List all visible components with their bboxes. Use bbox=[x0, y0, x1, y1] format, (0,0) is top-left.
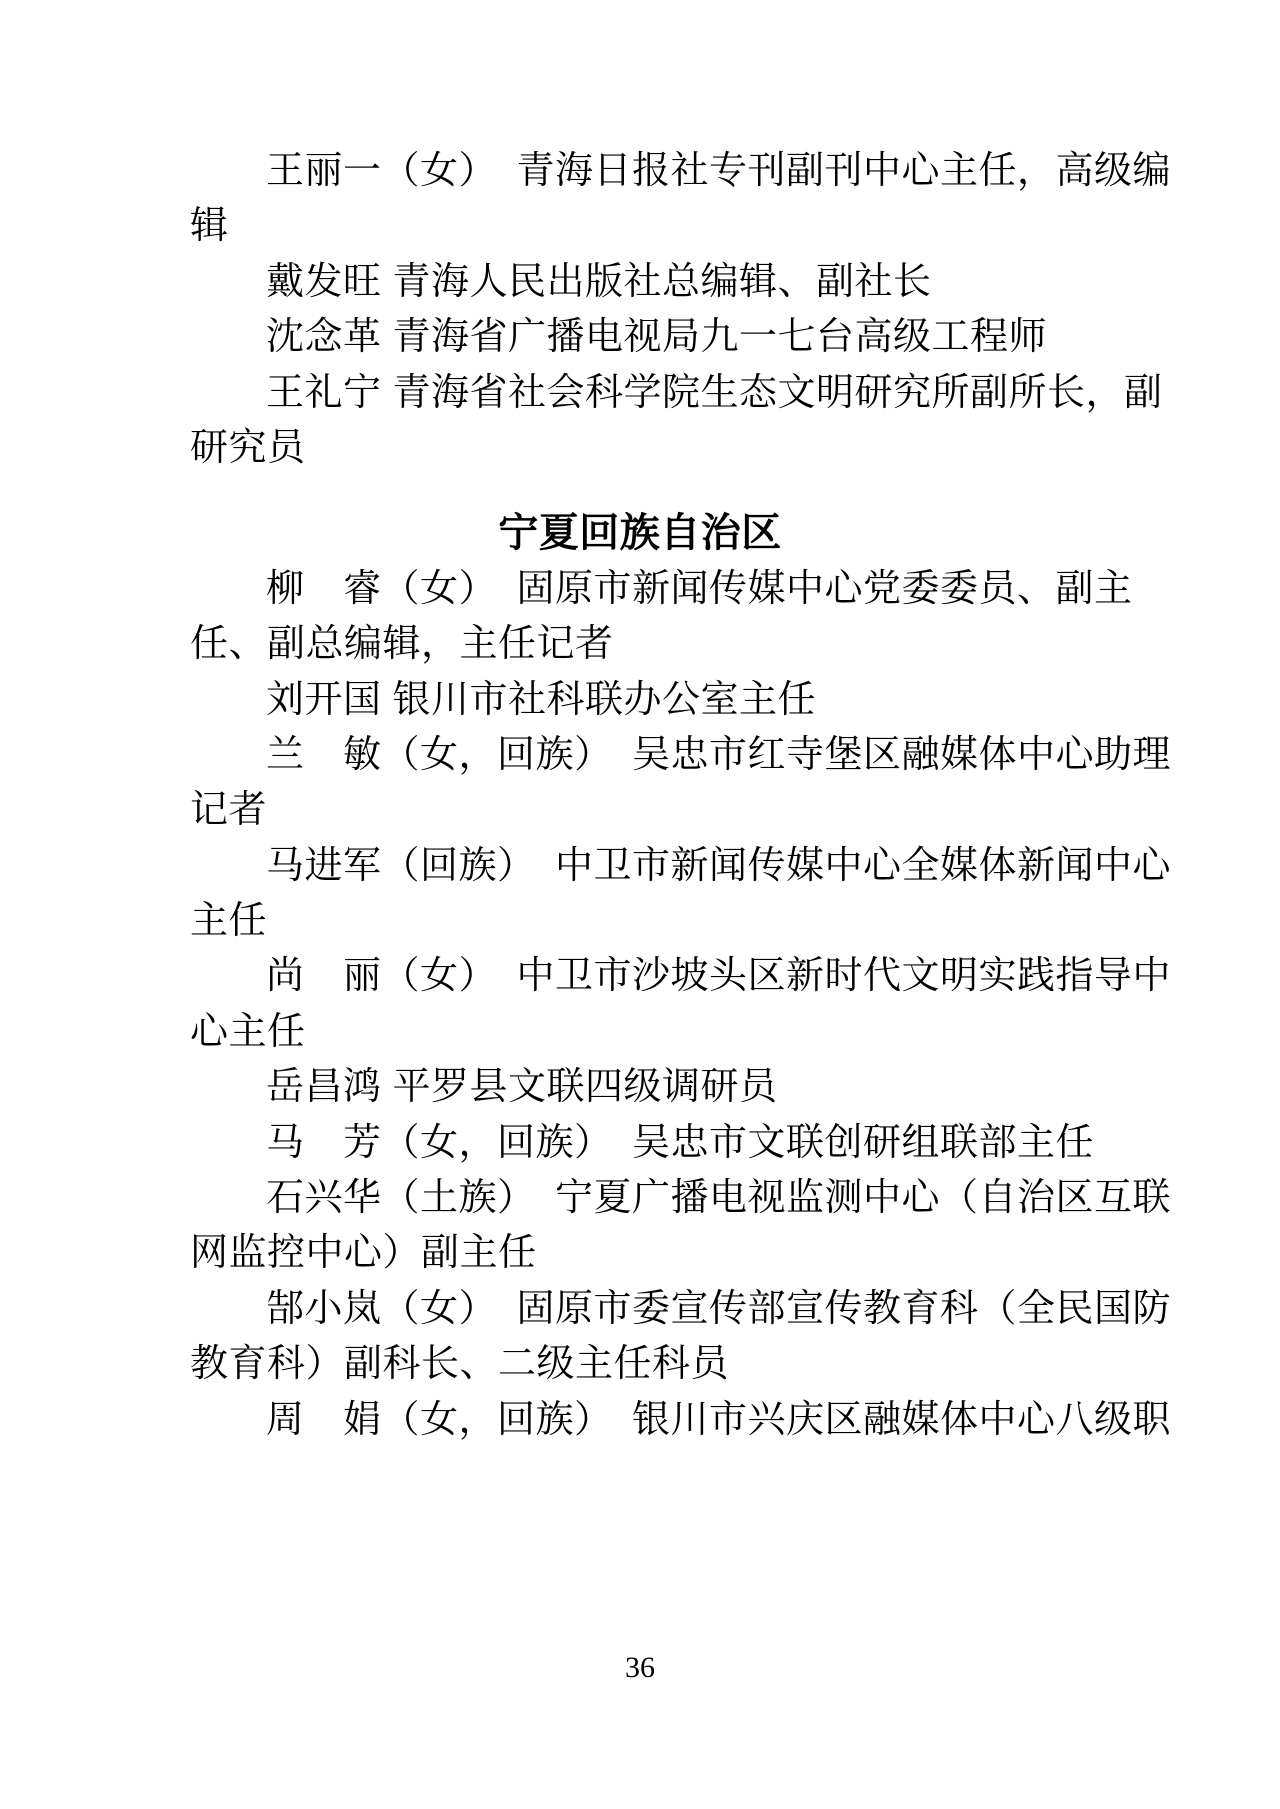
entry-line-continuation: 记者 bbox=[190, 783, 1090, 838]
page-number: 36 bbox=[0, 1650, 1280, 1686]
entry-line: 戴发旺 青海人民出版社总编辑、副社长 bbox=[190, 255, 1090, 310]
entry-line: 王丽一（女） 青海日报社专刊副刊中心主任，高级编 bbox=[190, 144, 1090, 199]
entry-line: 周 娟（女，回族） 银川市兴庆区融媒体中心八级职 bbox=[190, 1393, 1090, 1448]
document-page: 王丽一（女） 青海日报社专刊副刊中心主任，高级编 辑 戴发旺 青海人民出版社总编… bbox=[0, 0, 1280, 1809]
entry-line-continuation: 教育科）副科长、二级主任科员 bbox=[190, 1337, 1090, 1392]
entry-line: 沈念革 青海省广播电视局九一七台高级工程师 bbox=[190, 310, 1090, 365]
entry-line: 石兴华（土族） 宁夏广播电视监测中心（自治区互联 bbox=[190, 1171, 1090, 1226]
document-body: 王丽一（女） 青海日报社专刊副刊中心主任，高级编 辑 戴发旺 青海人民出版社总编… bbox=[190, 144, 1090, 1448]
entry-line: 尚 丽（女） 中卫市沙坡头区新时代文明实践指导中 bbox=[190, 949, 1090, 1004]
section-header: 宁夏回族自治区 bbox=[190, 506, 1090, 561]
entry-line: 郜小岚（女） 固原市委宣传部宣传教育科（全民国防 bbox=[190, 1282, 1090, 1337]
entry-line: 刘开国 银川市社科联办公室主任 bbox=[190, 673, 1090, 728]
entry-line-continuation: 主任 bbox=[190, 894, 1090, 949]
entry-line-continuation: 辑 bbox=[190, 199, 1090, 254]
entry-line: 马 芳（女，回族） 吴忠市文联创研组联部主任 bbox=[190, 1116, 1090, 1171]
entry-line: 兰 敏（女，回族） 吴忠市红寺堡区融媒体中心助理 bbox=[190, 728, 1090, 783]
entry-line-continuation: 研究员 bbox=[190, 421, 1090, 476]
entry-line-continuation: 网监控中心）副主任 bbox=[190, 1226, 1090, 1281]
entry-line: 柳 睿（女） 固原市新闻传媒中心党委委员、副主 bbox=[190, 562, 1090, 617]
entry-line: 马进军（回族） 中卫市新闻传媒中心全媒体新闻中心 bbox=[190, 839, 1090, 894]
entry-line-continuation: 任、副总编辑，主任记者 bbox=[190, 617, 1090, 672]
entry-line: 王礼宁 青海省社会科学院生态文明研究所副所长，副 bbox=[190, 366, 1090, 421]
entry-line: 岳昌鸿 平罗县文联四级调研员 bbox=[190, 1060, 1090, 1115]
entry-line-continuation: 心主任 bbox=[190, 1005, 1090, 1060]
